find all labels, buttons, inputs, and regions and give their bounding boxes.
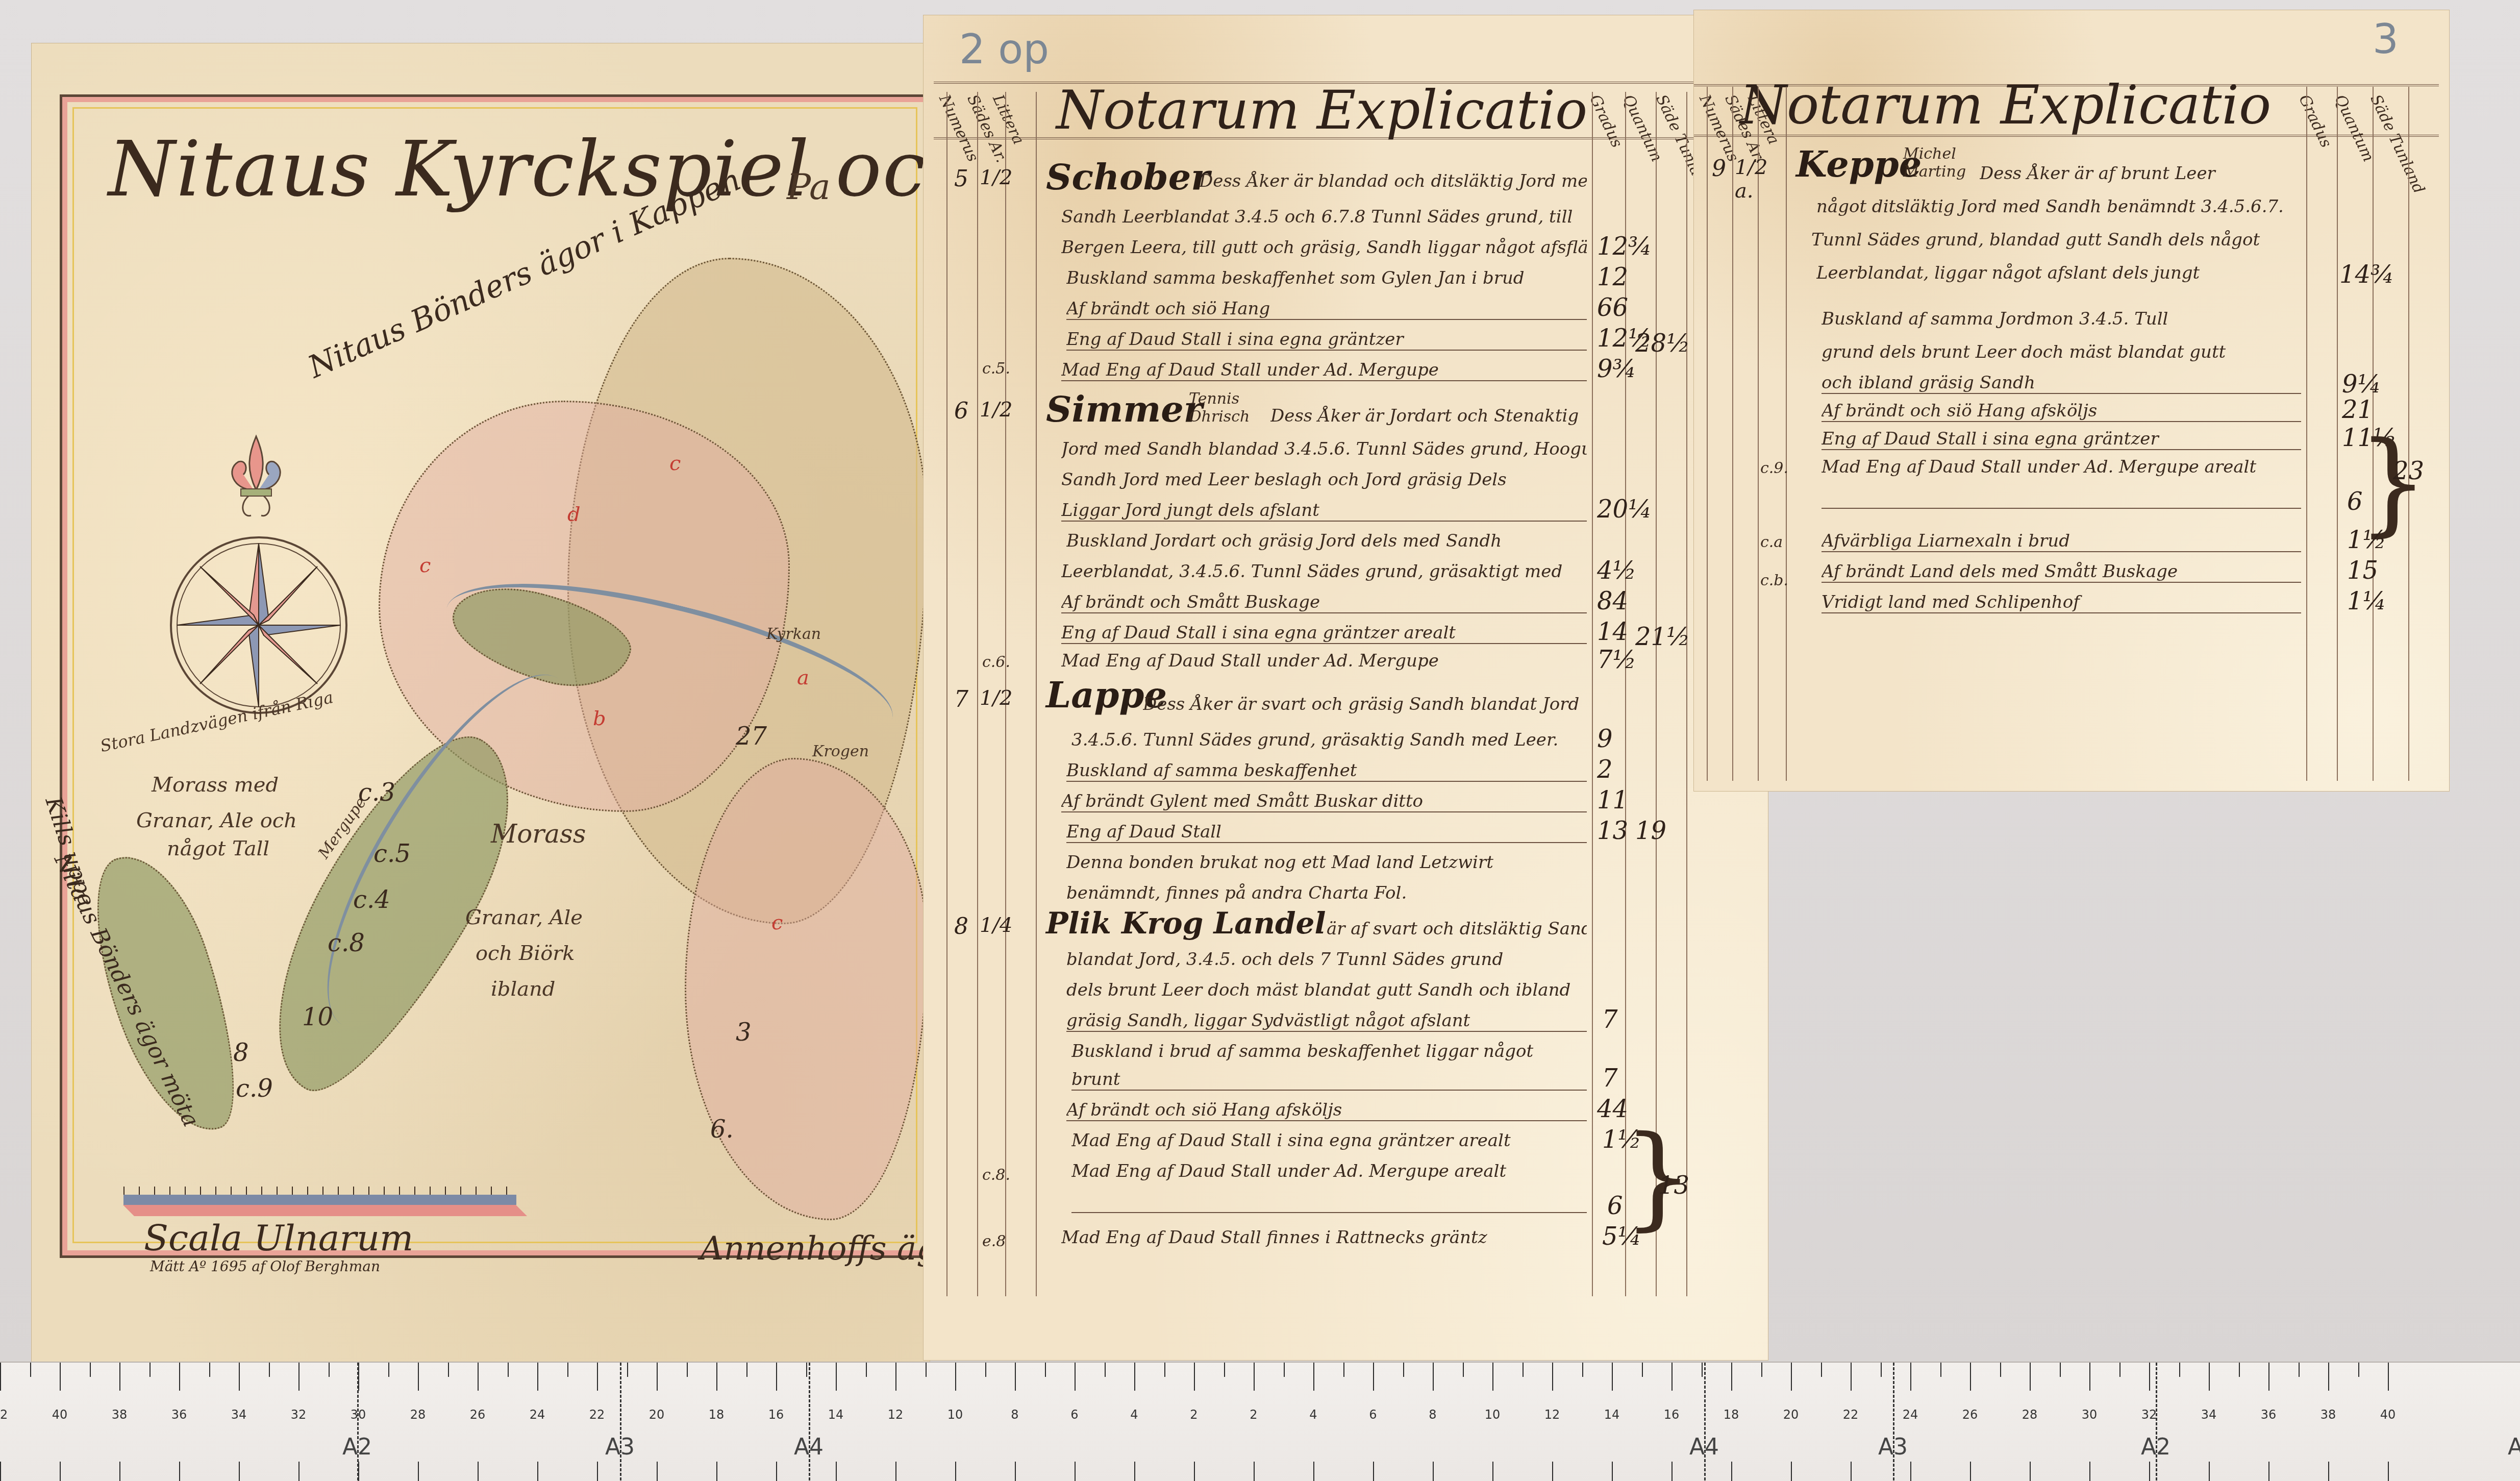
ruler-tick (418, 1462, 419, 1481)
ruler-tick (1881, 1363, 1882, 1377)
ruler-number: 12 (1544, 1408, 1560, 1422)
entry-line: Jord med Sandh blandad 3.4.5.6. Tunnl Sä… (1061, 439, 1587, 459)
entry-line: blandat Jord, 3.4.5. och dels 7 Tunnl Sä… (1066, 949, 1587, 970)
ruler-number: 10 (1485, 1408, 1501, 1422)
entry-line: är af svart och ditsläktig Sandh (1327, 919, 1587, 939)
entry-subtotal: 13 (1658, 1171, 1689, 1200)
ruler-format-line (357, 1363, 359, 1481)
ruler-format-line (2156, 1363, 2157, 1481)
ruler-tick (1284, 1363, 1285, 1377)
ruler-number: 32 (2141, 1408, 2157, 1422)
ruler-number: 2 (1250, 1408, 1257, 1422)
ruler-tick (1403, 1363, 1404, 1377)
ruler-number: 10 (947, 1408, 963, 1422)
ruler-tick (149, 1363, 151, 1377)
ruler-number: 16 (1664, 1408, 1680, 1422)
ruler-tick (1015, 1363, 1016, 1391)
ruler-tick (2328, 1363, 2329, 1391)
ruler-tick (597, 1363, 598, 1391)
entry-line: Vridigt land med Schlipenhof (1822, 592, 2301, 613)
ruler-tick (2179, 1363, 2180, 1377)
entry-amount: 13 (1597, 817, 1628, 845)
ruler-tick (30, 1363, 31, 1377)
ruler-tick (687, 1363, 688, 1377)
ruler-tick (269, 1363, 270, 1377)
ruler-tick (1373, 1363, 1374, 1391)
entry-line: Mad Eng af Daud Stall under Ad. Mergupe (1061, 651, 1587, 671)
ruler-number: 18 (1724, 1408, 1739, 1422)
map-sheet: Nitaus Kyrckspiel och Bönder i Pa Nitaus… (32, 43, 930, 1365)
ruler-number: 36 (171, 1408, 187, 1422)
ruler-number: 20 (1783, 1408, 1799, 1422)
ruler-tick (1463, 1363, 1464, 1377)
ruler-number: 40 (52, 1408, 68, 1422)
ruler-number: 24 (530, 1408, 545, 1422)
ruler-tick (2239, 1363, 2240, 1377)
entry-number: 5 (954, 166, 968, 192)
ruler-format-line (620, 1363, 621, 1481)
ruler-format-label: A3 (1878, 1434, 1908, 1460)
ruler-number: 4 (1309, 1408, 1317, 1422)
map-plot-letter: c (771, 911, 783, 934)
ruler-tick (1015, 1462, 1016, 1481)
ruler-format-line (1704, 1363, 1706, 1481)
ledger-page-left: 2 op Notarum Explicatio Numerus Sädes Ar… (924, 15, 1768, 1360)
measurement-ruler: 4240383634323028262422201816141210864224… (0, 1362, 2520, 1481)
entry-line: Buskland af samma Jordmon 3.4.5. Tull (1822, 309, 2301, 329)
ruler-tick (1791, 1462, 1792, 1481)
entry-amount: 5¼ (1602, 1222, 1641, 1251)
ruler-tick (1731, 1462, 1732, 1481)
ruler-tick (90, 1363, 91, 1377)
ruler-tick (1910, 1462, 1911, 1481)
entry-line: Af brändt och Smått Buskage (1061, 592, 1587, 613)
map-note-morass-north-3: något Tall (167, 837, 269, 860)
ruler-tick (1612, 1363, 1613, 1391)
ruler-number: 30 (2082, 1408, 2098, 1422)
entry-fraction: 1/2 a. (1735, 156, 1767, 203)
entry-amount: 4½ (1597, 556, 1636, 585)
entry-line: Liggar Jord jungt dels afslant (1061, 500, 1587, 522)
entry-amount: 12¾ (1597, 232, 1652, 261)
ruler-tick (1761, 1363, 1762, 1377)
entry-line: Dess Åker är svart och gräsig Sandh blan… (1143, 694, 1587, 714)
entry-amount: 7½ (1597, 646, 1636, 674)
ruler-tick (836, 1363, 837, 1391)
ruler-number: 38 (2321, 1408, 2336, 1422)
ruler-tick (2268, 1462, 2269, 1481)
ruler-tick (1254, 1462, 1255, 1481)
ruler-tick (627, 1363, 628, 1377)
ruler-format-label: A4 (794, 1434, 824, 1460)
map-plot-number: c.8 (328, 929, 365, 957)
ruler-tick (836, 1462, 837, 1481)
ruler-tick (926, 1363, 927, 1377)
entry-amount: 9 (1597, 725, 1613, 753)
entry-reference: c.b. (1760, 572, 1788, 589)
ruler-tick (1433, 1363, 1434, 1391)
ruler-tick (895, 1363, 896, 1391)
entry-line: Mad Eng af Daud Stall finnes i Rattnecks… (1061, 1227, 1587, 1248)
ruler-tick (1523, 1363, 1524, 1377)
entry-line: och ibland gräsig Sandh (1822, 373, 2301, 394)
ruler-number: 14 (1604, 1408, 1620, 1422)
ruler-tick (1702, 1363, 1703, 1377)
entry-line: Buskland i brud af samma beskaffenhet li… (1071, 1041, 1587, 1062)
entry-amount: 7 (1602, 1064, 1618, 1093)
map-plot-number: 27 (736, 722, 767, 751)
ruler-tick (119, 1462, 120, 1481)
ruler-tick (1164, 1363, 1165, 1377)
ruler-number: 12 (888, 1408, 904, 1422)
ruler-tick (895, 1462, 896, 1481)
ruler-number: 22 (1843, 1408, 1859, 1422)
ruler-format-label: A3 (605, 1434, 635, 1460)
ruler-tick (776, 1363, 777, 1391)
ruler-format-line (809, 1363, 810, 1481)
map-plot-letter: d (567, 503, 581, 526)
ruler-tick (119, 1363, 120, 1391)
column-rule (2337, 87, 2338, 781)
ruler-tick (239, 1363, 240, 1391)
ledger-page-right: 3 Notarum Explicatio Numerus Sädes Ar. L… (1694, 10, 2449, 791)
ruler-tick (2089, 1462, 2090, 1481)
entry-line: Leerblandat, 3.4.5.6. Tunnl Sädes grund,… (1061, 561, 1587, 582)
entry-line: Sandh Jord med Leer beslagh och Jord grä… (1061, 470, 1587, 490)
ruler-number: 28 (410, 1408, 426, 1422)
entry-amount: 12 (1597, 263, 1628, 291)
ruler-tick (298, 1462, 300, 1481)
ruler-tick (1582, 1363, 1583, 1377)
entry-amount: 15 (2347, 556, 2378, 585)
ruler-tick (209, 1363, 210, 1377)
ruler-tick (1194, 1363, 1195, 1391)
map-plot-letter: b (593, 707, 606, 730)
ruler-tick (60, 1462, 61, 1481)
ruler-number: 8 (1011, 1408, 1018, 1422)
map-plot-number: c.9 (236, 1074, 273, 1103)
ruler-format-line (1893, 1363, 1894, 1481)
entry-number: 8 (954, 914, 968, 940)
ruler-tick (1373, 1462, 1374, 1481)
ruler-number: 6 (1369, 1408, 1377, 1422)
entry-subtotal: 23 (2393, 457, 2424, 485)
column-rule (977, 92, 978, 1296)
entry-line: gräsig Sandh, liggar Sydvästligt något a… (1066, 1010, 1587, 1032)
ruler-tick (179, 1462, 180, 1481)
ruler-tick (2388, 1462, 2389, 1481)
map-note-forest: Granar, Ale (465, 906, 583, 929)
entry-line: Mad Eng af Daud Stall under Ad. Mergupe … (1822, 457, 2301, 509)
entry-name: Schober (1046, 156, 1210, 198)
entry-number: 6 (954, 398, 968, 424)
ruler-number: 38 (112, 1408, 128, 1422)
fleur-de-lis-icon (223, 434, 289, 526)
ruler-tick (2358, 1363, 2359, 1377)
map-plot-letter: c (419, 554, 431, 577)
entry-line: Denna bonden brukat nog ett Mad land Let… (1066, 852, 1587, 873)
entry-amount: 66 (1597, 293, 1628, 322)
ruler-tick (716, 1462, 717, 1481)
ruler-tick (1552, 1363, 1553, 1391)
entry-line: Eng af Daud Stall (1066, 822, 1587, 843)
entry-reference: e.8 (982, 1232, 1006, 1250)
ruler-format-label: A4 (1689, 1434, 1719, 1460)
column-rule (1707, 87, 1708, 781)
ruler-tick (2268, 1363, 2269, 1391)
entry-amount: 6 (2347, 487, 2363, 516)
ruler-number: 14 (828, 1408, 844, 1422)
ruler-tick (537, 1363, 538, 1391)
ruler-tick (1791, 1363, 1792, 1391)
column-rule (1732, 87, 1733, 781)
ruler-tick (2209, 1363, 2210, 1391)
entry-name: Simmer (1046, 388, 1203, 430)
ruler-tick (0, 1363, 1, 1391)
ruler-tick (1194, 1462, 1195, 1481)
ruler-number: 40 (2380, 1408, 2396, 1422)
ruler-tick (2089, 1363, 2090, 1391)
ruler-tick (1851, 1363, 1852, 1391)
scale-credit: Mätt Aº 1695 af Olof Berghman (150, 1258, 380, 1275)
ruler-tick (2328, 1462, 2329, 1481)
entry-reference: c.8. (982, 1166, 1010, 1184)
ruler-tick (0, 1462, 1, 1481)
entry-fraction: 1/2 (980, 686, 1012, 710)
ruler-tick (2149, 1363, 2150, 1391)
ruler-tick (537, 1462, 538, 1481)
scale-bar (123, 1187, 516, 1217)
ruler-number: 34 (2201, 1408, 2217, 1422)
entry-reference: c.6. (982, 653, 1010, 671)
entry-line: Bergen Leera, till gutt och gräsig, Sand… (1061, 237, 1587, 258)
map-note-forest-3: ibland (491, 977, 555, 1001)
entry-owner: Tennis (1189, 390, 1239, 408)
entry-owner: Michel (1903, 145, 1956, 163)
ruler-tick (746, 1363, 747, 1377)
entry-line: något ditsläktig Jord med Sandh benämndt… (1816, 196, 2301, 217)
entry-line: Af brändt och siö Hang afsköljs (1066, 1100, 1587, 1121)
ruler-tick (1134, 1462, 1135, 1481)
scale-bar-blue (123, 1195, 516, 1205)
map-plot-letter: a (797, 666, 809, 689)
ruler-number: 24 (1903, 1408, 1918, 1422)
ruler-tick (60, 1363, 61, 1391)
entry-line: Buskland Jordart och gräsig Jord dels me… (1066, 531, 1587, 551)
ruler-tick (2030, 1363, 2031, 1391)
ruler-tick (1970, 1363, 1971, 1391)
ruler-number: 20 (649, 1408, 665, 1422)
map-plot-letter: c (669, 452, 681, 475)
ruler-tick (448, 1363, 449, 1377)
ruler-tick (776, 1462, 777, 1481)
entry-amount: 11 (1597, 786, 1628, 814)
map-note-forest-2: och Biörk (476, 942, 575, 965)
ruler-tick (955, 1363, 956, 1391)
map-note-morass-north-2: Granar, Ale och (136, 809, 297, 832)
entry-number: 7 (954, 686, 968, 712)
entry-owner: Marting (1903, 163, 1966, 181)
ruler-tick (2060, 1363, 2061, 1377)
entry-line: benämndt, finnes på andra Charta Fol. (1066, 883, 1587, 903)
ruler-tick (1940, 1363, 1941, 1377)
entry-line: Buskland af samma beskaffenhet (1066, 760, 1587, 782)
ruler-tick (1642, 1363, 1643, 1377)
entry-amount: 2 (1597, 755, 1613, 784)
map-plot-number: c.5 (373, 840, 411, 868)
ruler-tick (388, 1363, 389, 1377)
ruler-number: 6 (1070, 1408, 1078, 1422)
entry-line: Afvärbliga Liarnexaln i brud (1822, 531, 2301, 552)
ruler-tick (1552, 1462, 1553, 1481)
entry-subtotal: 21½ (1635, 623, 1690, 651)
ruler-tick (955, 1462, 956, 1481)
entry-line: Buskland samma beskaffenhet som Gylen Ja… (1066, 268, 1587, 288)
page-heading: Notarum Explicatio (1056, 79, 1587, 141)
entry-line: Sandh Leerblandat 3.4.5 och 6.7.8 Tunnl … (1061, 207, 1587, 227)
entry-amount: 1¼ (2347, 587, 2386, 615)
ruler-tick (1045, 1363, 1046, 1377)
ruler-tick (1343, 1363, 1344, 1377)
entry-subtotal: 28½ (1635, 329, 1690, 358)
entry-amount: 14¾ (2339, 260, 2394, 289)
ruler-tick (806, 1363, 807, 1377)
map-plot-number: 10 (302, 1003, 333, 1031)
page-heading: Notarum Explicatio (1740, 74, 2271, 136)
ruler-tick (866, 1363, 867, 1377)
ruler-tick (1433, 1462, 1434, 1481)
ruler-tick (2209, 1462, 2210, 1481)
ruler-number: 4 (1130, 1408, 1138, 1422)
entry-line: Dess Åker är blandad och ditsläktig Jord… (1199, 171, 1587, 191)
ruler-number: 8 (1429, 1408, 1436, 1422)
entry-number: 9 (1712, 156, 1726, 182)
entry-line: Mad Eng af Daud Stall under Ad. Mergupe (1061, 360, 1587, 381)
entry-amount: 6 (1607, 1192, 1623, 1220)
ruler-tick (329, 1363, 330, 1377)
entry-line: Af brändt och siö Hang (1066, 299, 1587, 320)
ruler-tick (1851, 1462, 1852, 1481)
ruler-tick (418, 1363, 419, 1391)
entry-line: Eng af Daud Stall i sina egna gräntzer (1822, 429, 2301, 450)
ruler-tick (2149, 1462, 2150, 1481)
ruler-number: 28 (2022, 1408, 2038, 1422)
ruler-tick (2030, 1462, 2031, 1481)
ruler-format-label: A (2508, 1434, 2520, 1460)
ruler-tick (657, 1462, 658, 1481)
ruler-number: 34 (231, 1408, 247, 1422)
entry-line: Eng af Daud Stall i sina egna gräntzer (1066, 329, 1587, 351)
ruler-tick (1910, 1363, 1911, 1391)
column-rule (1592, 92, 1593, 1296)
ruler-number: 18 (709, 1408, 725, 1422)
ruler-tick (478, 1462, 479, 1481)
ruler-tick (1105, 1363, 1106, 1377)
map-plot-number: 8 (233, 1039, 249, 1067)
entry-subtotal: 19 (1635, 817, 1666, 845)
ruler-format-label: A2 (2141, 1434, 2170, 1460)
pencil-page-number: 2 op (959, 26, 1049, 73)
ruler-tick (657, 1363, 658, 1391)
ruler-tick (179, 1363, 180, 1391)
ruler-number: 26 (470, 1408, 486, 1422)
entry-line: Dess Åker är Jordart och Stenaktig (1270, 406, 1587, 426)
entry-fraction: 1/4 (980, 914, 1012, 937)
entry-amount: 14 (1597, 618, 1628, 646)
entry-line: Af brändt Land dels med Smått Buskage (1822, 561, 2301, 583)
entry-line: Tunnl Sädes grund, blandad gutt Sandh de… (1811, 230, 2301, 250)
entry-line: Mad Eng af Daud Stall under Ad. Mergupe … (1071, 1161, 1587, 1213)
ruler-number: 42 (0, 1408, 8, 1422)
map-village-label: Krogen (812, 743, 869, 760)
ruler-tick (1821, 1363, 1822, 1377)
map-plot-number: c.3 (358, 778, 395, 807)
ruler-tick (239, 1462, 240, 1481)
map-note-morass-east: Morass (491, 819, 586, 849)
entry-amount: 20¼ (1597, 495, 1652, 524)
scale-caption: Scala Ulnarum (144, 1217, 413, 1259)
entry-amount: 84 (1597, 587, 1628, 615)
map-title-continuation: Pa (787, 166, 831, 208)
entry-line: grund dels brunt Leer doch mäst blandat … (1822, 342, 2301, 362)
entry-owner: Ohrisch (1189, 408, 1250, 426)
ruler-number: 16 (768, 1408, 784, 1422)
ruler-tick (2299, 1363, 2300, 1377)
ruler-number: 32 (291, 1408, 307, 1422)
ruler-tick (508, 1363, 509, 1377)
ruler-tick (2119, 1363, 2120, 1377)
pencil-page-number: 3 (2373, 15, 2399, 63)
column-rule (1786, 87, 1787, 781)
ruler-tick (1313, 1363, 1314, 1391)
column-rule (946, 92, 947, 1296)
ruler-tick (1224, 1363, 1225, 1377)
ruler-tick (1492, 1462, 1493, 1481)
entry-line: dels brunt Leer doch mäst blandat gutt S… (1066, 980, 1587, 1000)
ruler-tick (298, 1363, 300, 1391)
entry-amount: 7 (1602, 1005, 1618, 1034)
entry-line: Eng af Daud Stall i sina egna gräntzer a… (1061, 623, 1587, 644)
entry-line: Af brändt Gylent med Smått Buskar ditto (1061, 791, 1587, 812)
ruler-number: 22 (589, 1408, 605, 1422)
entry-amount: 1½ (2347, 526, 2386, 554)
entry-line: Mad Eng af Daud Stall i sina egna gräntz… (1071, 1130, 1587, 1151)
ruler-tick (716, 1363, 717, 1391)
entry-amount: 9¾ (1597, 355, 1636, 383)
entry-reference: c.a (1760, 533, 1783, 551)
column-rule (1036, 92, 1037, 1296)
entry-line: Dess Åker är af brunt Leer (1980, 163, 2301, 184)
ruler-tick (2388, 1363, 2389, 1391)
map-plot-number: 3 (736, 1018, 752, 1047)
entry-line: brunt (1071, 1069, 1587, 1091)
entry-fraction: 1/2 (980, 166, 1012, 189)
entry-reference: c.9. (1760, 459, 1788, 477)
map-plot-number: 6. (710, 1115, 734, 1144)
ruler-tick (1075, 1462, 1076, 1481)
ruler-tick (1492, 1363, 1493, 1391)
ruler-tick (597, 1462, 598, 1481)
ruler-tick (1075, 1363, 1076, 1391)
ruler-number: 36 (2261, 1408, 2277, 1422)
map-note-morass-north: Morass med (152, 773, 279, 797)
ruler-tick (1671, 1363, 1673, 1391)
ruler-tick (1313, 1462, 1314, 1481)
entry-name: Plik Krog Landel (1046, 906, 1326, 941)
entry-fraction: 1/2 (980, 398, 1012, 422)
entry-reference: c.5. (982, 360, 1010, 378)
map-church-label: Kyrkan (766, 625, 821, 643)
